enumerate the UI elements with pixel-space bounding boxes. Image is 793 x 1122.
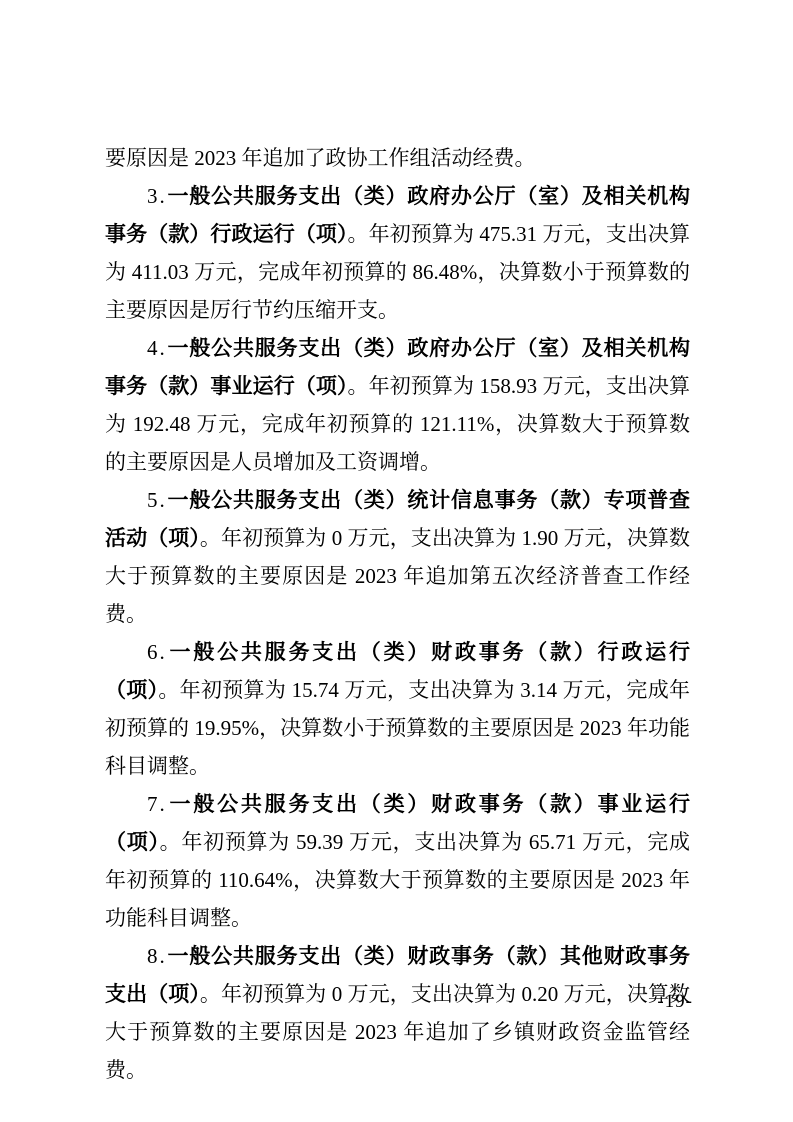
- paragraph: 要原因是 2023 年追加了政协工作组活动经费。: [105, 139, 690, 177]
- document-page: 要原因是 2023 年追加了政协工作组活动经费。3.一般公共服务支出（类）政府办…: [0, 0, 793, 1122]
- paragraph-body: 。年初预算为 59.39 万元，支出决算为 65.71 万元，完成年初预算的 1…: [105, 830, 690, 930]
- item-number: 6.: [147, 640, 167, 664]
- item-number: 8.: [147, 944, 167, 968]
- item-number: 7.: [147, 792, 167, 816]
- paragraph: 3.一般公共服务支出（类）政府办公厅（室）及相关机构事务（款）行政运行（项）。年…: [105, 177, 690, 329]
- paragraph: 8.一般公共服务支出（类）财政事务（款）其他财政事务支出（项）。年初预算为 0 …: [105, 937, 690, 1089]
- paragraph: 6.一般公共服务支出（类）财政事务（款）行政运行（项）。年初预算为 15.74 …: [105, 633, 690, 785]
- item-number: 5.: [147, 488, 167, 512]
- item-number: 4.: [147, 336, 167, 360]
- item-number: 3.: [147, 184, 167, 208]
- document-body: 要原因是 2023 年追加了政协工作组活动经费。3.一般公共服务支出（类）政府办…: [105, 139, 690, 1089]
- paragraph: 7.一般公共服务支出（类）财政事务（款）事业运行（项）。年初预算为 59.39 …: [105, 785, 690, 937]
- paragraph-body: 要原因是 2023 年追加了政协工作组活动经费。: [105, 146, 536, 170]
- paragraph: 4.一般公共服务支出（类）政府办公厅（室）及相关机构事务（款）事业运行（项）。年…: [105, 329, 690, 481]
- page-number: -19-: [657, 991, 693, 1013]
- paragraph-body: 。年初预算为 15.74 万元，支出决算为 3.14 万元，完成年初预算的 19…: [105, 678, 690, 778]
- paragraph: 5.一般公共服务支出（类）统计信息事务（款）专项普查活动（项）。年初预算为 0 …: [105, 481, 690, 633]
